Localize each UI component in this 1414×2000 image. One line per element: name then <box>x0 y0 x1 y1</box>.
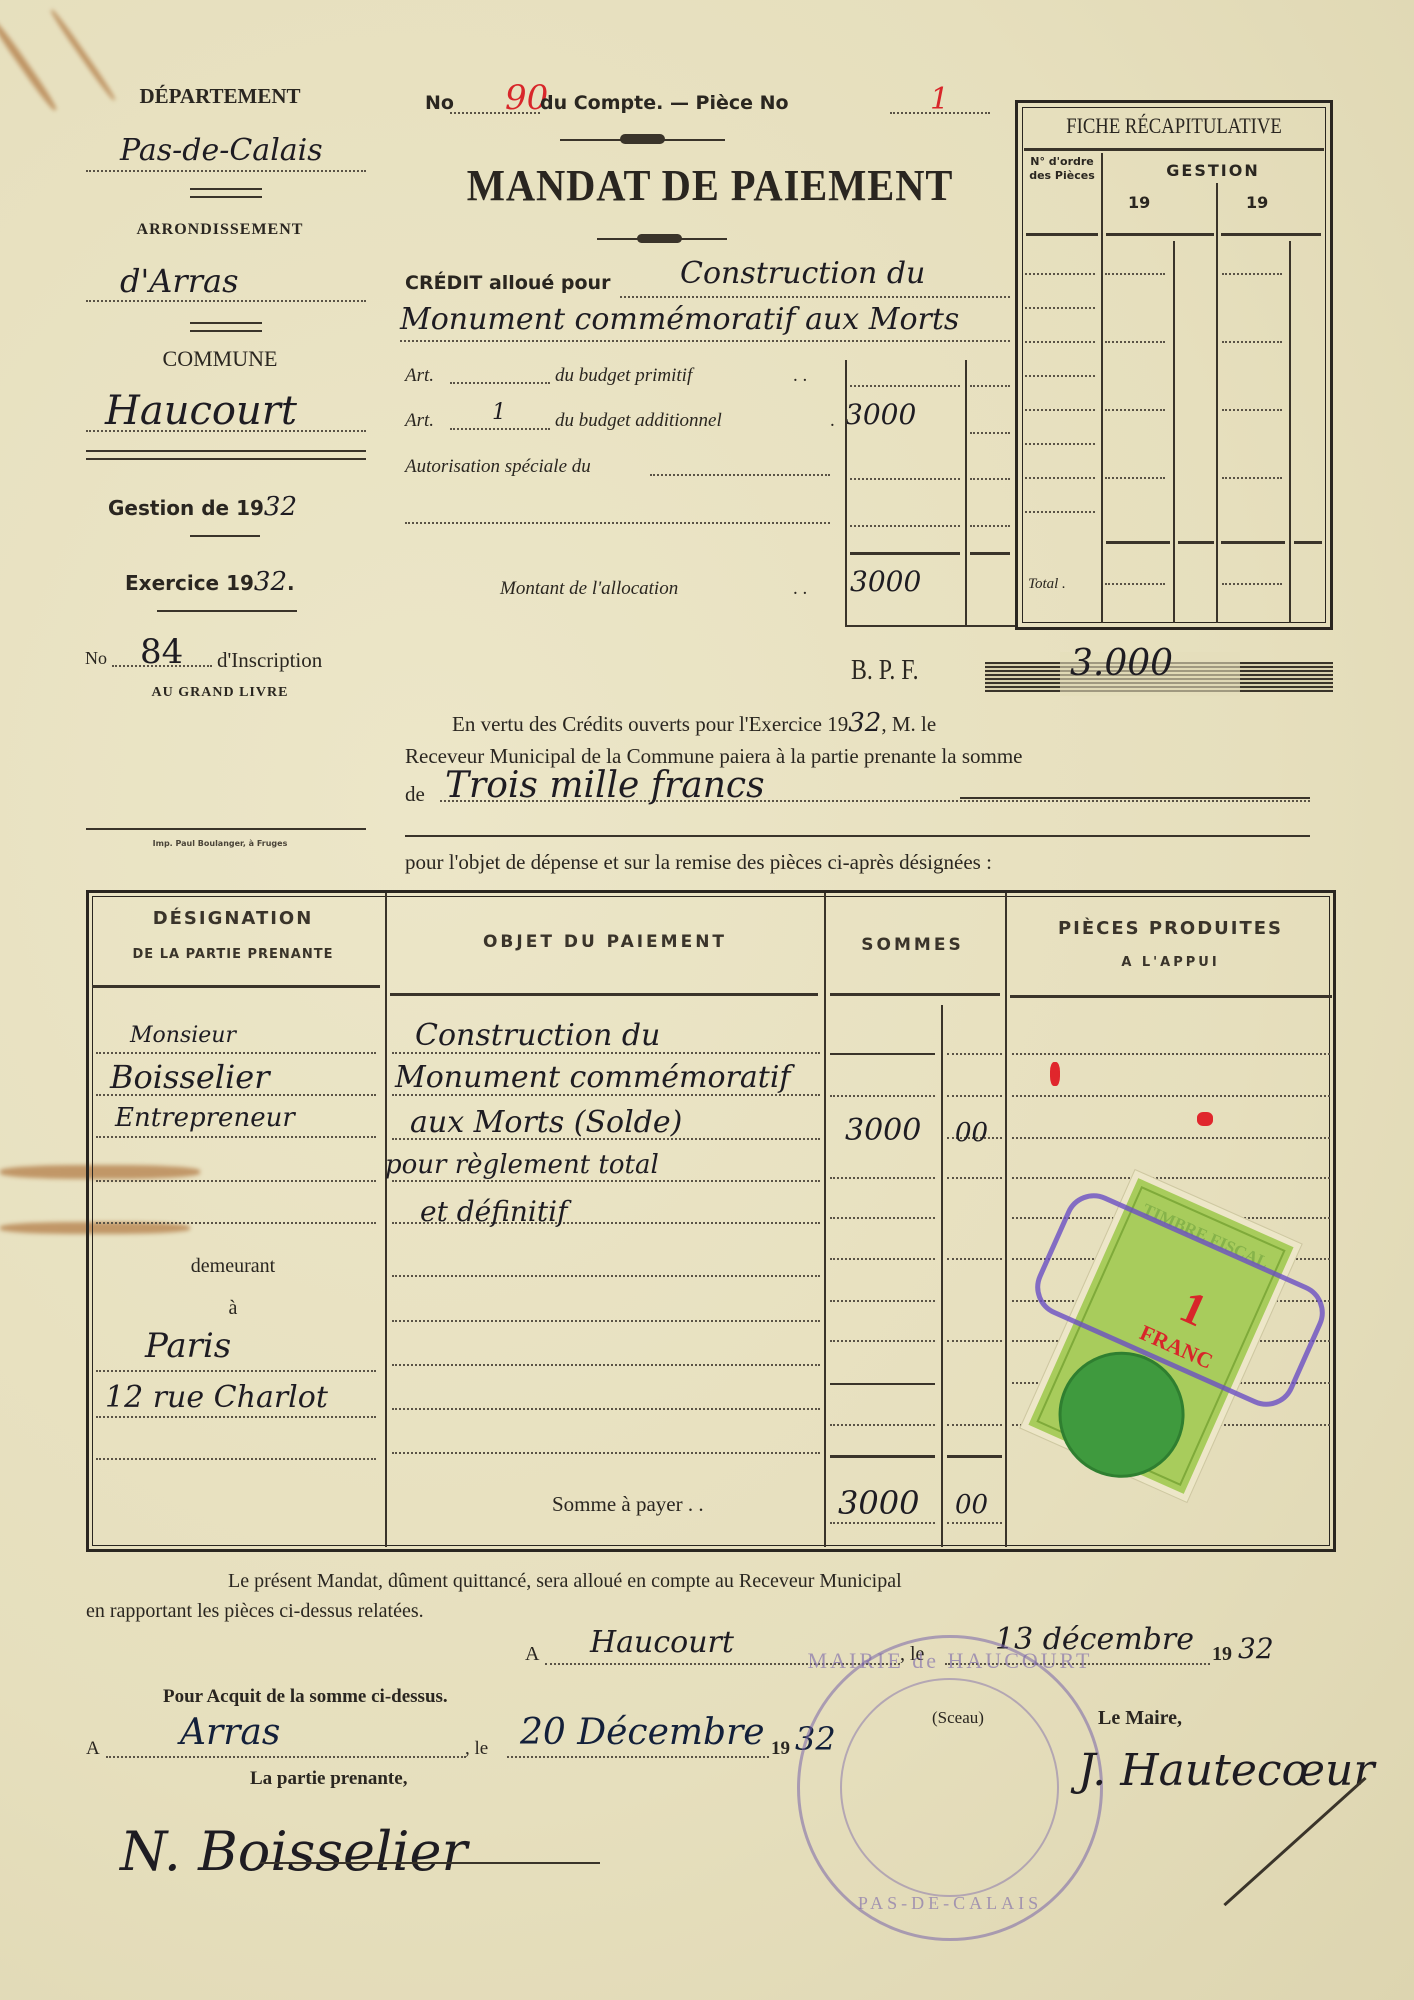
header-designation: DÉSIGNATION <box>88 908 378 929</box>
partie-signature: N. Boisselier <box>120 1820 467 1883</box>
inscription-label: d'Inscription <box>217 648 322 673</box>
acquit-label: Pour Acquit de la somme ci-dessus. <box>163 1686 448 1708</box>
exercice-year: 32 <box>254 567 287 597</box>
demeurant-label: demeurant <box>88 1255 378 1278</box>
art2-amount: 3000 <box>845 398 916 431</box>
a-label: à <box>88 1297 378 1320</box>
credit-label: CRÉDIT alloué pour <box>405 272 610 294</box>
somme-a-payer-label: Somme à payer . . <box>552 1492 704 1517</box>
partie-prenante-label: La partie prenante, <box>250 1768 407 1790</box>
bpf-label: B. P. F. <box>851 655 919 687</box>
art1-text: du budget primitif <box>555 365 692 387</box>
somme-words: Trois mille francs <box>445 765 765 806</box>
gestion-year: 32 <box>264 492 297 522</box>
arrondissement-label: ARRONDISSEMENT <box>70 221 370 239</box>
body-line4: pour l'objet de dépense et sur la remise… <box>405 850 992 875</box>
divider <box>190 322 262 332</box>
arrondissement-value: d'Arras <box>120 262 238 300</box>
total-centimes: 00 <box>955 1490 988 1520</box>
somme-centimes: 00 <box>955 1118 988 1148</box>
recap-gestion-header: GESTION <box>1103 161 1323 180</box>
divider <box>157 610 297 612</box>
header-sommes: SOMMES <box>825 935 1000 955</box>
maire-signature: J. Hautecœur <box>1078 1745 1374 1796</box>
header-pieces-sub: A L'APPUI <box>1008 955 1333 970</box>
somme-francs: 3000 <box>845 1113 921 1148</box>
gestion-label: Gestion de 1932 <box>108 492 297 522</box>
divider <box>86 828 366 830</box>
partie-name: Boisselier <box>110 1058 270 1096</box>
divider <box>190 188 262 198</box>
maire-label: Le Maire, <box>1098 1707 1182 1730</box>
art2-value: 1 <box>492 400 506 425</box>
recap-total-label: Total . <box>1028 576 1066 593</box>
objet-line: aux Morts (Solde) <box>410 1105 682 1140</box>
partie-profession: Entrepreneur <box>115 1103 295 1133</box>
departement-label: DÉPARTEMENT <box>70 84 370 109</box>
divider <box>190 535 260 537</box>
departement-value: Pas-de-Calais <box>120 133 323 168</box>
recap-title: FICHE RÉCAPITULATIVE <box>1041 113 1306 139</box>
objet-line: Monument commémoratif <box>395 1060 791 1095</box>
autorisation-line <box>650 474 830 476</box>
grand-livre-label: AU GRAND LIVRE <box>70 685 370 701</box>
recap-col1-header: N° d'ordre des Pièces <box>1026 155 1098 183</box>
inscription-no-label: No <box>85 648 107 669</box>
partie-ville: Paris <box>145 1326 231 1366</box>
art2-label: Art. <box>405 410 434 432</box>
seal-text-bottom: PAS-DE-CALAIS <box>800 1893 1100 1914</box>
partie-title: Monsieur <box>130 1023 236 1048</box>
piece-no-value: 1 <box>930 82 949 117</box>
footer-para-line2: en rapportant les pièces ci-dessus relat… <box>86 1600 424 1623</box>
compte-no-label: No <box>425 92 454 114</box>
acquit-lieu: Arras <box>180 1712 280 1753</box>
arrondissement-line <box>86 300 366 302</box>
printer-label: Imp. Paul Boulanger, à Fruges <box>70 839 370 848</box>
ornament-icon <box>637 234 682 243</box>
exercice-label: Exercice 1932. <box>125 567 295 597</box>
montant-value: 3000 <box>850 565 921 598</box>
header-objet: OBJET DU PAIEMENT <box>390 932 820 952</box>
recap-year1: 19 <box>1128 193 1150 212</box>
total-francs: 3000 <box>838 1484 919 1522</box>
art2-line <box>450 428 550 430</box>
red-ink-mark <box>1050 1062 1060 1086</box>
body-line3-prefix: de <box>405 782 425 807</box>
seal-text-top: MAIRIE de HAUCOURT <box>800 1648 1100 1674</box>
departement-line <box>86 170 366 172</box>
art1-label: Art. <box>405 365 434 387</box>
objet-line: pour règlement total <box>385 1150 659 1180</box>
commune-line <box>86 430 366 432</box>
acquit-date: 20 Décembre <box>520 1712 765 1753</box>
objet-line: et définitif <box>420 1195 567 1228</box>
fiche-recapitulative: FICHE RÉCAPITULATIVE N° d'ordre des Pièc… <box>1015 100 1333 630</box>
autorisation-line-2 <box>405 522 830 524</box>
autorisation-label: Autorisation spéciale du <box>405 456 591 478</box>
partie-adresse: 12 rue Charlot <box>105 1380 328 1415</box>
ornament-icon <box>620 134 665 144</box>
sceau-label: (Sceau) <box>932 1708 984 1728</box>
compte-label: du Compte. — Pièce No <box>540 92 789 114</box>
header-pieces: PIÈCES PRODUITES <box>1008 918 1333 939</box>
body-line1: En vertu des Crédits ouverts pour l'Exer… <box>452 708 936 738</box>
credit-line <box>620 296 1010 298</box>
mairie-seal: MAIRIE de HAUCOURT PAS-DE-CALAIS <box>797 1635 1103 1941</box>
rust-stain <box>0 18 59 113</box>
page-title: MANDAT DE PAIEMENT <box>443 160 977 211</box>
header-designation-sub: DE LA PARTIE PRENANTE <box>88 947 378 962</box>
art2-text: du budget additionnel <box>555 410 722 432</box>
divider <box>86 450 366 460</box>
credit-line-2 <box>400 340 1010 342</box>
red-ink-mark <box>1197 1112 1213 1126</box>
bpf-amount: 3.000 <box>1070 643 1173 684</box>
credit-value-line2: Monument commémoratif aux Morts <box>400 302 959 337</box>
commune-label: COMMUNE <box>70 346 370 372</box>
footer-para-line1: Le présent Mandat, dûment quittancé, ser… <box>228 1570 902 1593</box>
recap-year2: 19 <box>1246 193 1268 212</box>
inscription-no-value: 84 <box>140 632 183 672</box>
montant-label: Montant de l'allocation <box>500 578 678 600</box>
credit-value-line1: Construction du <box>680 256 925 291</box>
mairie-lieu: Haucourt <box>590 1625 734 1660</box>
commune-value: Haucourt <box>105 388 297 434</box>
mairie-annee: 32 <box>1238 1632 1274 1665</box>
objet-line: Construction du <box>415 1018 660 1053</box>
art1-line <box>450 382 550 384</box>
